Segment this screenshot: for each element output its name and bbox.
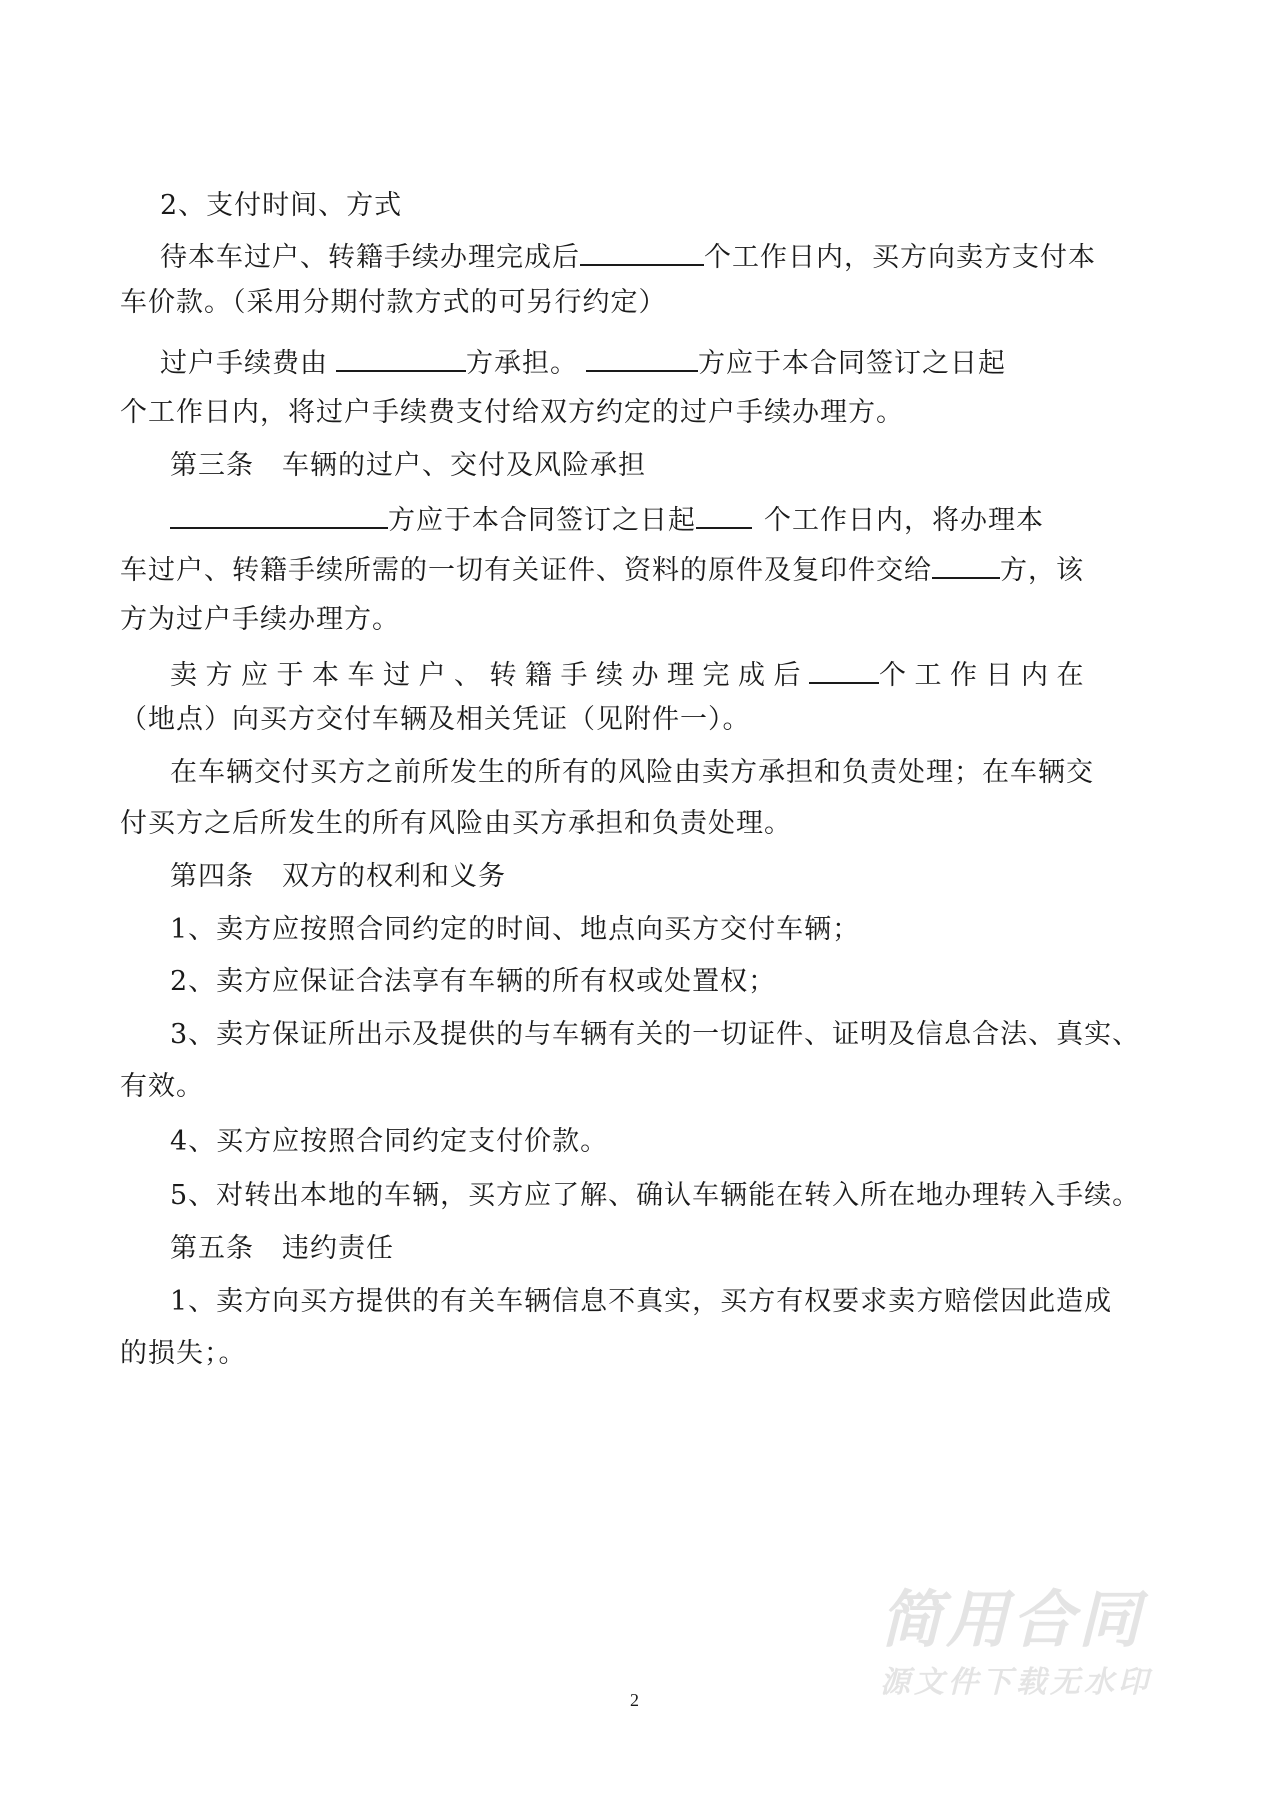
text: 4、买方应按照合同约定支付价款。	[170, 1126, 608, 1157]
paragraph-line: 有效。	[120, 1067, 204, 1107]
text: 车过户、转籍手续所需的一切有关证件、资料的原件及复印件交给	[120, 555, 932, 586]
paragraph-line: 个工作日内，将过户手续费支付给双方约定的过户手续办理方。	[120, 393, 904, 433]
text: 过户手续费由	[160, 348, 328, 379]
text: 1、卖方向买方提供的有关车辆信息不真实，买方有权要求卖方赔偿因此造成	[170, 1286, 1112, 1317]
paragraph-line: 方为过户手续办理方。	[120, 600, 400, 640]
paragraph-line: （地点）向买方交付车辆及相关凭证（见附件一）。	[120, 700, 751, 740]
list-item: 1、卖方应按照合同约定的时间、地点向买方交付车辆；	[170, 910, 860, 950]
paragraph-line: 卖方应于本车过户、转籍手续办理完成后个工作日内在	[170, 652, 1092, 696]
text: 卖方应于本车过户、转籍手续办理完成后	[170, 660, 809, 691]
text: 第四条 双方的权利和义务	[170, 861, 506, 892]
text: （地点）向买方交付车辆及相关凭证（见附件一）。	[120, 704, 751, 735]
watermark-tagline: 源文件下载无水印	[880, 1663, 1152, 1703]
section-heading-payment: 2、支付时间、方式	[160, 186, 402, 226]
article-heading-5: 第五条 违约责任	[170, 1229, 394, 1269]
paragraph-line: 方应于本合同签订之日起个工作日内，将办理本	[170, 497, 1044, 541]
text: 在车辆交付买方之前所发生的所有的风险由卖方承担和负责处理；在车辆交	[170, 757, 1094, 788]
text: 车价款。（采用分期付款方式的可另行约定）	[120, 287, 667, 318]
watermark: 简用合同 源文件下载无水印	[880, 1585, 1152, 1703]
fill-blank[interactable]	[809, 652, 879, 684]
text: 方承担。	[466, 348, 578, 379]
text: 方应于本合同签订之日起	[698, 348, 1006, 379]
list-item: 1、卖方向买方提供的有关车辆信息不真实，买方有权要求卖方赔偿因此造成	[170, 1282, 1112, 1322]
page-number: 2	[630, 1690, 639, 1711]
text: 方应于本合同签订之日起	[388, 505, 696, 536]
list-item: 5、对转出本地的车辆，买方应了解、确认车辆能在转入所在地办理转入手续。	[170, 1176, 1140, 1216]
fill-blank[interactable]	[336, 340, 466, 372]
text: 的损失；。	[120, 1338, 247, 1369]
text: 5、对转出本地的车辆，买方应了解、确认车辆能在转入所在地办理转入手续。	[170, 1180, 1140, 1211]
text: 第三条 车辆的过户、交付及风险承担	[170, 450, 646, 481]
text: 待本车过户、转籍手续办理完成后	[160, 242, 580, 273]
text: 第五条 违约责任	[170, 1233, 394, 1264]
article-heading-4: 第四条 双方的权利和义务	[170, 857, 506, 897]
watermark-brand: 简用合同	[880, 1585, 1152, 1655]
text: 个工作日内，将办理本	[764, 505, 1044, 536]
list-item: 3、卖方保证所出示及提供的与车辆有关的一切证件、证明及信息合法、真实、	[170, 1015, 1140, 1055]
list-item: 4、买方应按照合同约定支付价款。	[170, 1122, 608, 1162]
paragraph-line: 在车辆交付买方之前所发生的所有的风险由卖方承担和负责处理；在车辆交	[170, 753, 1094, 793]
fill-blank[interactable]	[932, 547, 1000, 579]
list-item: 2、卖方应保证合法享有车辆的所有权或处置权；	[170, 962, 776, 1002]
paragraph-line: 付买方之后所发生的所有风险由买方承担和负责处理。	[120, 804, 792, 844]
text: 2、卖方应保证合法享有车辆的所有权或处置权；	[170, 966, 776, 997]
paragraph-line: 的损失；。	[120, 1334, 247, 1374]
paragraph-line: 待本车过户、转籍手续办理完成后个工作日内，买方向卖方支付本	[160, 234, 1096, 278]
text: 方，该	[1000, 555, 1084, 586]
text: 2、支付时间、方式	[160, 190, 402, 221]
fill-blank[interactable]	[170, 497, 388, 529]
paragraph-line: 过户手续费由方承担。方应于本合同签订之日起	[160, 340, 1006, 384]
fill-blank[interactable]	[580, 234, 704, 266]
fill-blank[interactable]	[696, 497, 752, 529]
text: 个工作日内在	[879, 660, 1092, 691]
document-page: 2、支付时间、方式 待本车过户、转籍手续办理完成后个工作日内，买方向卖方支付本 …	[0, 0, 1280, 1810]
fill-blank[interactable]	[586, 340, 698, 372]
text: 个工作日内，买方向卖方支付本	[704, 242, 1096, 273]
text: 1、卖方应按照合同约定的时间、地点向买方交付车辆；	[170, 914, 860, 945]
paragraph-line: 车价款。（采用分期付款方式的可另行约定）	[120, 283, 667, 323]
article-heading-3: 第三条 车辆的过户、交付及风险承担	[170, 446, 646, 486]
text: 个工作日内，将过户手续费支付给双方约定的过户手续办理方。	[120, 397, 904, 428]
text: 付买方之后所发生的所有风险由买方承担和负责处理。	[120, 808, 792, 839]
paragraph-line: 车过户、转籍手续所需的一切有关证件、资料的原件及复印件交给方，该	[120, 547, 1084, 591]
text: 有效。	[120, 1071, 204, 1102]
text: 3、卖方保证所出示及提供的与车辆有关的一切证件、证明及信息合法、真实、	[170, 1019, 1140, 1050]
text: 方为过户手续办理方。	[120, 604, 400, 635]
